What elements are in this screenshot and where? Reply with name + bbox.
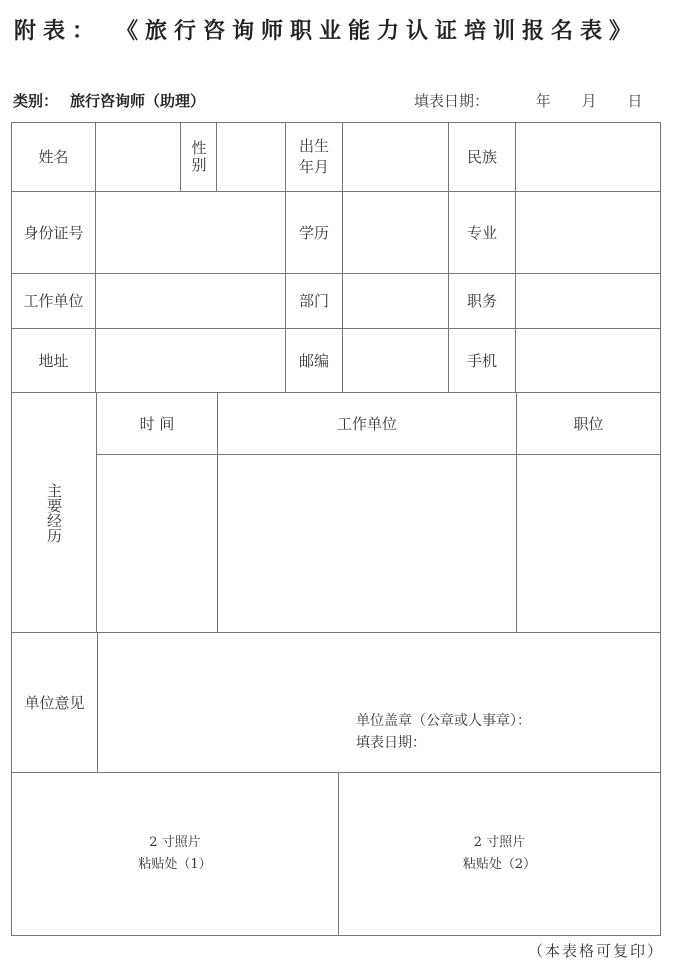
fill-date-month: 月	[582, 90, 597, 111]
label-education: 学历	[286, 192, 342, 273]
grid-line	[11, 935, 661, 936]
photo-1-line2: 粘贴处（1）	[12, 854, 338, 876]
address-field[interactable]	[96, 329, 285, 392]
label-address: 地址	[12, 329, 95, 392]
experience-col-position: 职位	[517, 393, 660, 454]
label-id-number: 身份证号	[12, 192, 95, 273]
label-gender: 性别	[181, 123, 216, 191]
education-field[interactable]	[343, 192, 448, 273]
title-prefix: 附表：	[14, 18, 101, 44]
label-mobile: 手机	[449, 329, 515, 392]
experience-col-employer: 工作单位	[218, 393, 516, 454]
photo-label-2: 2 寸照片 粘贴处（2）	[339, 832, 660, 876]
opinion-stamp: 单位盖章（公章或人事章）： 填表日期：	[356, 710, 531, 754]
label-experience: 主要经历	[12, 393, 96, 632]
photo-1-line1: 2 寸照片	[12, 832, 338, 854]
fill-date-day: 日	[627, 90, 642, 111]
fill-date-label: 填表日期：	[414, 90, 489, 111]
major-field[interactable]	[516, 192, 660, 273]
position-field[interactable]	[516, 274, 660, 328]
label-position: 职务	[449, 274, 515, 328]
employer-field[interactable]	[96, 274, 285, 328]
mobile-field[interactable]	[516, 329, 660, 392]
label-name: 姓名	[12, 123, 95, 191]
department-field[interactable]	[343, 274, 448, 328]
category: 类别：旅行咨询师（助理）	[13, 90, 205, 111]
copy-note: （本表格可复印）	[528, 940, 664, 961]
name-field[interactable]	[96, 123, 180, 191]
fill-date-year: 年	[536, 90, 551, 111]
label-employer: 工作单位	[12, 274, 95, 328]
label-ethnicity: 民族	[449, 123, 515, 191]
experience-position-field[interactable]	[517, 455, 660, 632]
birth-field[interactable]	[343, 123, 448, 191]
label-birth: 出生年月	[286, 123, 342, 191]
category-value: 旅行咨询师（助理）	[70, 92, 205, 110]
photo-label-1: 2 寸照片 粘贴处（1）	[12, 832, 338, 876]
category-label: 类别：	[13, 92, 58, 110]
experience-col-time: 时 间	[97, 393, 217, 454]
experience-time-field[interactable]	[97, 455, 217, 632]
grid-line	[660, 122, 661, 936]
page-title: 附表：《旅行咨询师职业能力认证培训报名表》	[14, 14, 638, 45]
label-opinion: 单位意见	[12, 633, 97, 772]
label-postcode: 邮编	[286, 329, 342, 392]
stamp-line: 单位盖章（公章或人事章）：	[356, 713, 531, 729]
experience-employer-field[interactable]	[218, 455, 516, 632]
photo-2-line2: 粘贴处（2）	[339, 854, 660, 876]
gender-field[interactable]	[217, 123, 285, 191]
opinion-date-line: 填表日期：	[356, 735, 426, 751]
postcode-field[interactable]	[343, 329, 448, 392]
id-number-field[interactable]	[96, 192, 285, 273]
label-department: 部门	[286, 274, 342, 328]
label-major: 专业	[449, 192, 515, 273]
photo-2-line1: 2 寸照片	[339, 832, 660, 854]
fill-date: 填表日期： 年 月 日	[414, 90, 642, 111]
ethnicity-field[interactable]	[516, 123, 660, 191]
title-text: 《旅行咨询师职业能力认证培训报名表》	[127, 18, 638, 44]
